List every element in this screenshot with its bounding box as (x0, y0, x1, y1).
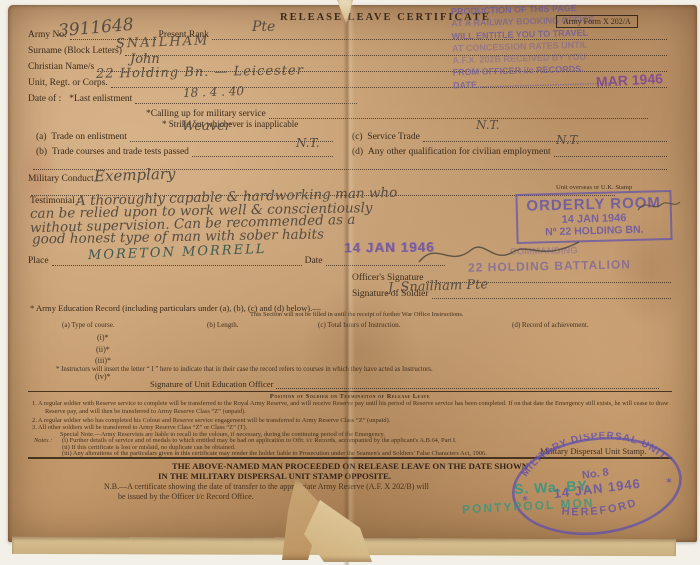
star-icon: ✶ (664, 476, 674, 488)
instructor-note-text: * Instructors will insert the letter “ I… (56, 366, 433, 373)
last-enlistment-value: 18 . 4 . 40 (183, 84, 245, 100)
instructor-note: * Instructors will insert the letter “ I… (56, 366, 433, 373)
officer-signature-scrawl (415, 234, 585, 272)
dotted-line (135, 94, 357, 104)
education-row-i: (i)* (97, 333, 109, 342)
education-col-a-text: (a) Type of course. (62, 321, 115, 329)
trade-d-value-text: N.T. (556, 133, 580, 147)
education-row-iii-text: (iii)* (95, 356, 111, 365)
education-col-b: (b) Length. (207, 321, 239, 329)
trade-a-value-text: Weaver (182, 119, 231, 134)
education-col-a: (a) Type of course. (62, 321, 115, 329)
terms-item-2-text: 2. A regular soldier who has completed h… (32, 417, 390, 424)
trade-b-value: N.T. (296, 136, 320, 150)
terms-note-iii-text: (iii) Any alterations of the particulars… (62, 450, 487, 457)
proceeded-line-2-text: IN THE MILITARY DISPERSAL UNIT STAMP OPP… (158, 471, 391, 481)
trade-c-row: (c) Service Trade (352, 132, 670, 143)
place-label: Place (28, 256, 49, 267)
christian-name-value: John (130, 52, 160, 67)
dotted-line (276, 379, 659, 389)
trade-b-value-text: N.T. (296, 136, 320, 150)
education-row-iv: (iv)* (95, 372, 111, 381)
form-number-box: Army Form X 202/A (556, 15, 638, 28)
terms-item-1: 1. A regular soldier with Reserve servic… (32, 400, 685, 416)
trade-b-label: (b) Trade courses and trade tests passed (36, 147, 189, 158)
trade-c-value-text: N.T. (476, 118, 500, 132)
date-label: Date (305, 256, 323, 267)
education-col-c-text: (c) Total hours of Instruction. (318, 321, 400, 329)
education-row-iv-text: (iv)* (95, 372, 111, 381)
nb-line-1-text: N.B.—A certificate showing the date of t… (104, 482, 429, 491)
nb-line-2: be issued by the Officer i/c Record Offi… (118, 492, 418, 502)
education-col-d-text: (d) Record of achievement. (512, 321, 589, 329)
trade-c-value: N.T. (476, 118, 500, 132)
education-row-iii: (iii)* (95, 356, 111, 365)
trade-a-label: (a) Trade on enlistment (36, 132, 127, 143)
education-col-b-text: (b) Length. (207, 321, 239, 329)
education-row-i-text: (i)* (97, 333, 109, 342)
surname-label: Surname (Block Letters) (28, 46, 122, 57)
education-row-ii-text: (ii)* (96, 345, 110, 354)
nb-line-2-text: be issued by the Officer i/c Record Offi… (118, 492, 254, 501)
dotted-line (269, 109, 648, 119)
unit-overseas-label-text: Unit overseas or U.K. Stamp (556, 184, 632, 191)
education-officer-signature-row: Signature of Unit Education Officer (150, 379, 662, 390)
last-enlistment-label: *Last enlistment (69, 94, 132, 105)
unit-overseas-label: Unit overseas or U.K. Stamp (556, 184, 632, 191)
dotted-line (423, 132, 667, 142)
trade-d-row: (d) Any other qualification for civilian… (352, 147, 670, 158)
education-row-ii: (ii)* (96, 345, 110, 354)
last-enlistment-value-text: 18 . 4 . 40 (183, 84, 245, 100)
vertical-crease (343, 0, 355, 565)
trade-d-label: (d) Any other qualification for civilian… (352, 147, 551, 158)
conduct-value: Exemplary (94, 165, 176, 186)
terms-notes-label: Notes : (34, 437, 52, 445)
conduct-label: Military Conduct : (28, 174, 99, 185)
date-of-label: Date of : (28, 94, 61, 105)
education-note: This Section will not be filled in until… (250, 311, 463, 318)
trade-c-label: (c) Service Trade (352, 132, 420, 143)
present-rank-value: Pte (252, 19, 275, 35)
christian-name-label: Christian Name/s (28, 62, 94, 73)
scanned-certificate: RELEASE LEAVE CERTIFICATE PRODUCTION OF … (0, 0, 700, 565)
conduct-value-text: Exemplary (94, 165, 176, 186)
trade-d-value: N.T. (556, 133, 580, 147)
christian-name-value-text: John (130, 52, 160, 67)
initials-scrawl (636, 196, 682, 216)
trade-a-value: Weaver (182, 119, 231, 134)
page-title: RELEASE LEAVE CERTIFICATE (280, 12, 480, 23)
education-col-d: (d) Record of achievement. (512, 321, 589, 329)
trade-b-row: (b) Trade courses and trade tests passed (36, 147, 336, 158)
education-note-text: This Section will not be filled in until… (250, 311, 463, 318)
terms-notes-label-text: Notes : (34, 437, 52, 444)
present-rank-value-text: Pte (252, 19, 275, 35)
education-col-c: (c) Total hours of Instruction. (318, 321, 400, 329)
education-officer-signature-label: Signature of Unit Education Officer (150, 379, 273, 390)
dotted-line (554, 147, 667, 157)
nb-line-1: N.B.—A certificate showing the date of t… (104, 482, 544, 492)
form-number-text: Army Form X 202/A (563, 17, 631, 26)
